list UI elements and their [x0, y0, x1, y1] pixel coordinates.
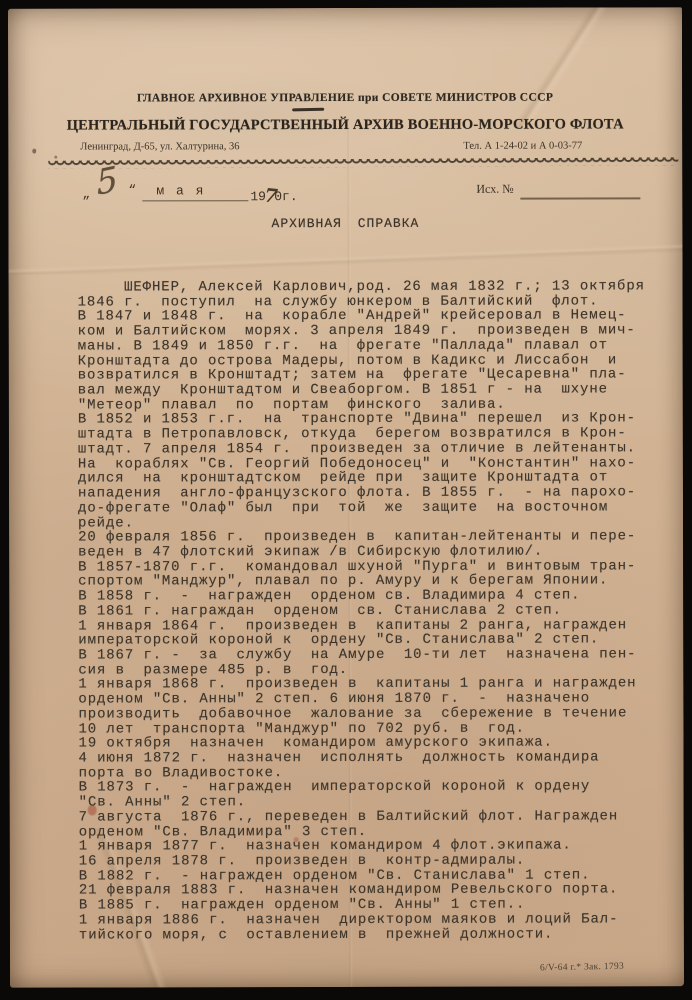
body-line: вал между Кронштадтом и Свеаборгом. В 18…	[78, 382, 658, 398]
underline-dash	[292, 108, 324, 112]
body-line: 1 января 1886 г. назначен директором мая…	[79, 912, 659, 928]
month-label: м а я	[156, 183, 205, 198]
wavy-divider	[48, 157, 678, 169]
body-line: 7 августа 1876 г., переведен в Балтийски…	[79, 809, 659, 825]
scan-background: { "colors": { "background": "#0b0908", "…	[0, 0, 692, 1000]
body-line: тийского моря, с оставлением в прежней д…	[79, 927, 659, 943]
handwritten-day: 5	[95, 159, 119, 204]
month-underline: м а я	[142, 181, 248, 201]
document-title: АРХИВНАЯ СПРАВКА	[8, 215, 682, 231]
document-page: ГЛАВНОЕ АРХИВНОЕ УПРАВЛЕНИЕ при СОВЕТЕ М…	[8, 7, 684, 987]
crease	[8, 243, 682, 274]
letterhead-contact-row: Ленинград, Д-65, ул. Халтурина, 36 Тел. …	[8, 140, 682, 157]
crease	[438, 7, 682, 128]
body-line: В 1867 г. - за службу на Амуре 10-ти лет…	[78, 647, 658, 663]
year-label: 1970г.	[250, 183, 297, 205]
outgoing-number-line	[520, 197, 640, 199]
body-line: до-фрегате "Олаф" был при той же защите …	[78, 500, 658, 516]
address: Ленинград, Д-65, ул. Халтурина, 36	[80, 141, 239, 152]
body-line: производить добавочное жалование за сбер…	[78, 706, 658, 722]
date-line: „ 5 “ м а я 1970г. Исх. №	[8, 7, 682, 8]
outgoing-number-label: Исх. №	[476, 182, 513, 197]
archive-name: ЦЕНТРАЛЬНЫЙ ГОСУДАРСТВЕННЫЙ АРХИВ ВОЕННО…	[8, 116, 682, 134]
body-line: В 1873 г. - награжден императорской коро…	[79, 780, 659, 796]
close-quote: “	[128, 182, 136, 197]
agency-name: ГЛАВНОЕ АРХИВНОЕ УПРАВЛЕНИЕ при СОВЕТЕ М…	[8, 91, 682, 104]
handwritten-digit: 7	[263, 185, 278, 208]
body-line: 4 июня 1872 г. назначен исполнять должно…	[79, 750, 659, 766]
document-body: ШЕФНЕР, Алексей Карлович,род. 26 мая 183…	[78, 279, 659, 943]
open-quote: „	[82, 187, 90, 202]
footer-imprint: 6/V-64 г.* Зак. 1793	[540, 962, 624, 974]
phone: Тел. А 1-24-02 и А 0-03-77	[463, 141, 582, 152]
